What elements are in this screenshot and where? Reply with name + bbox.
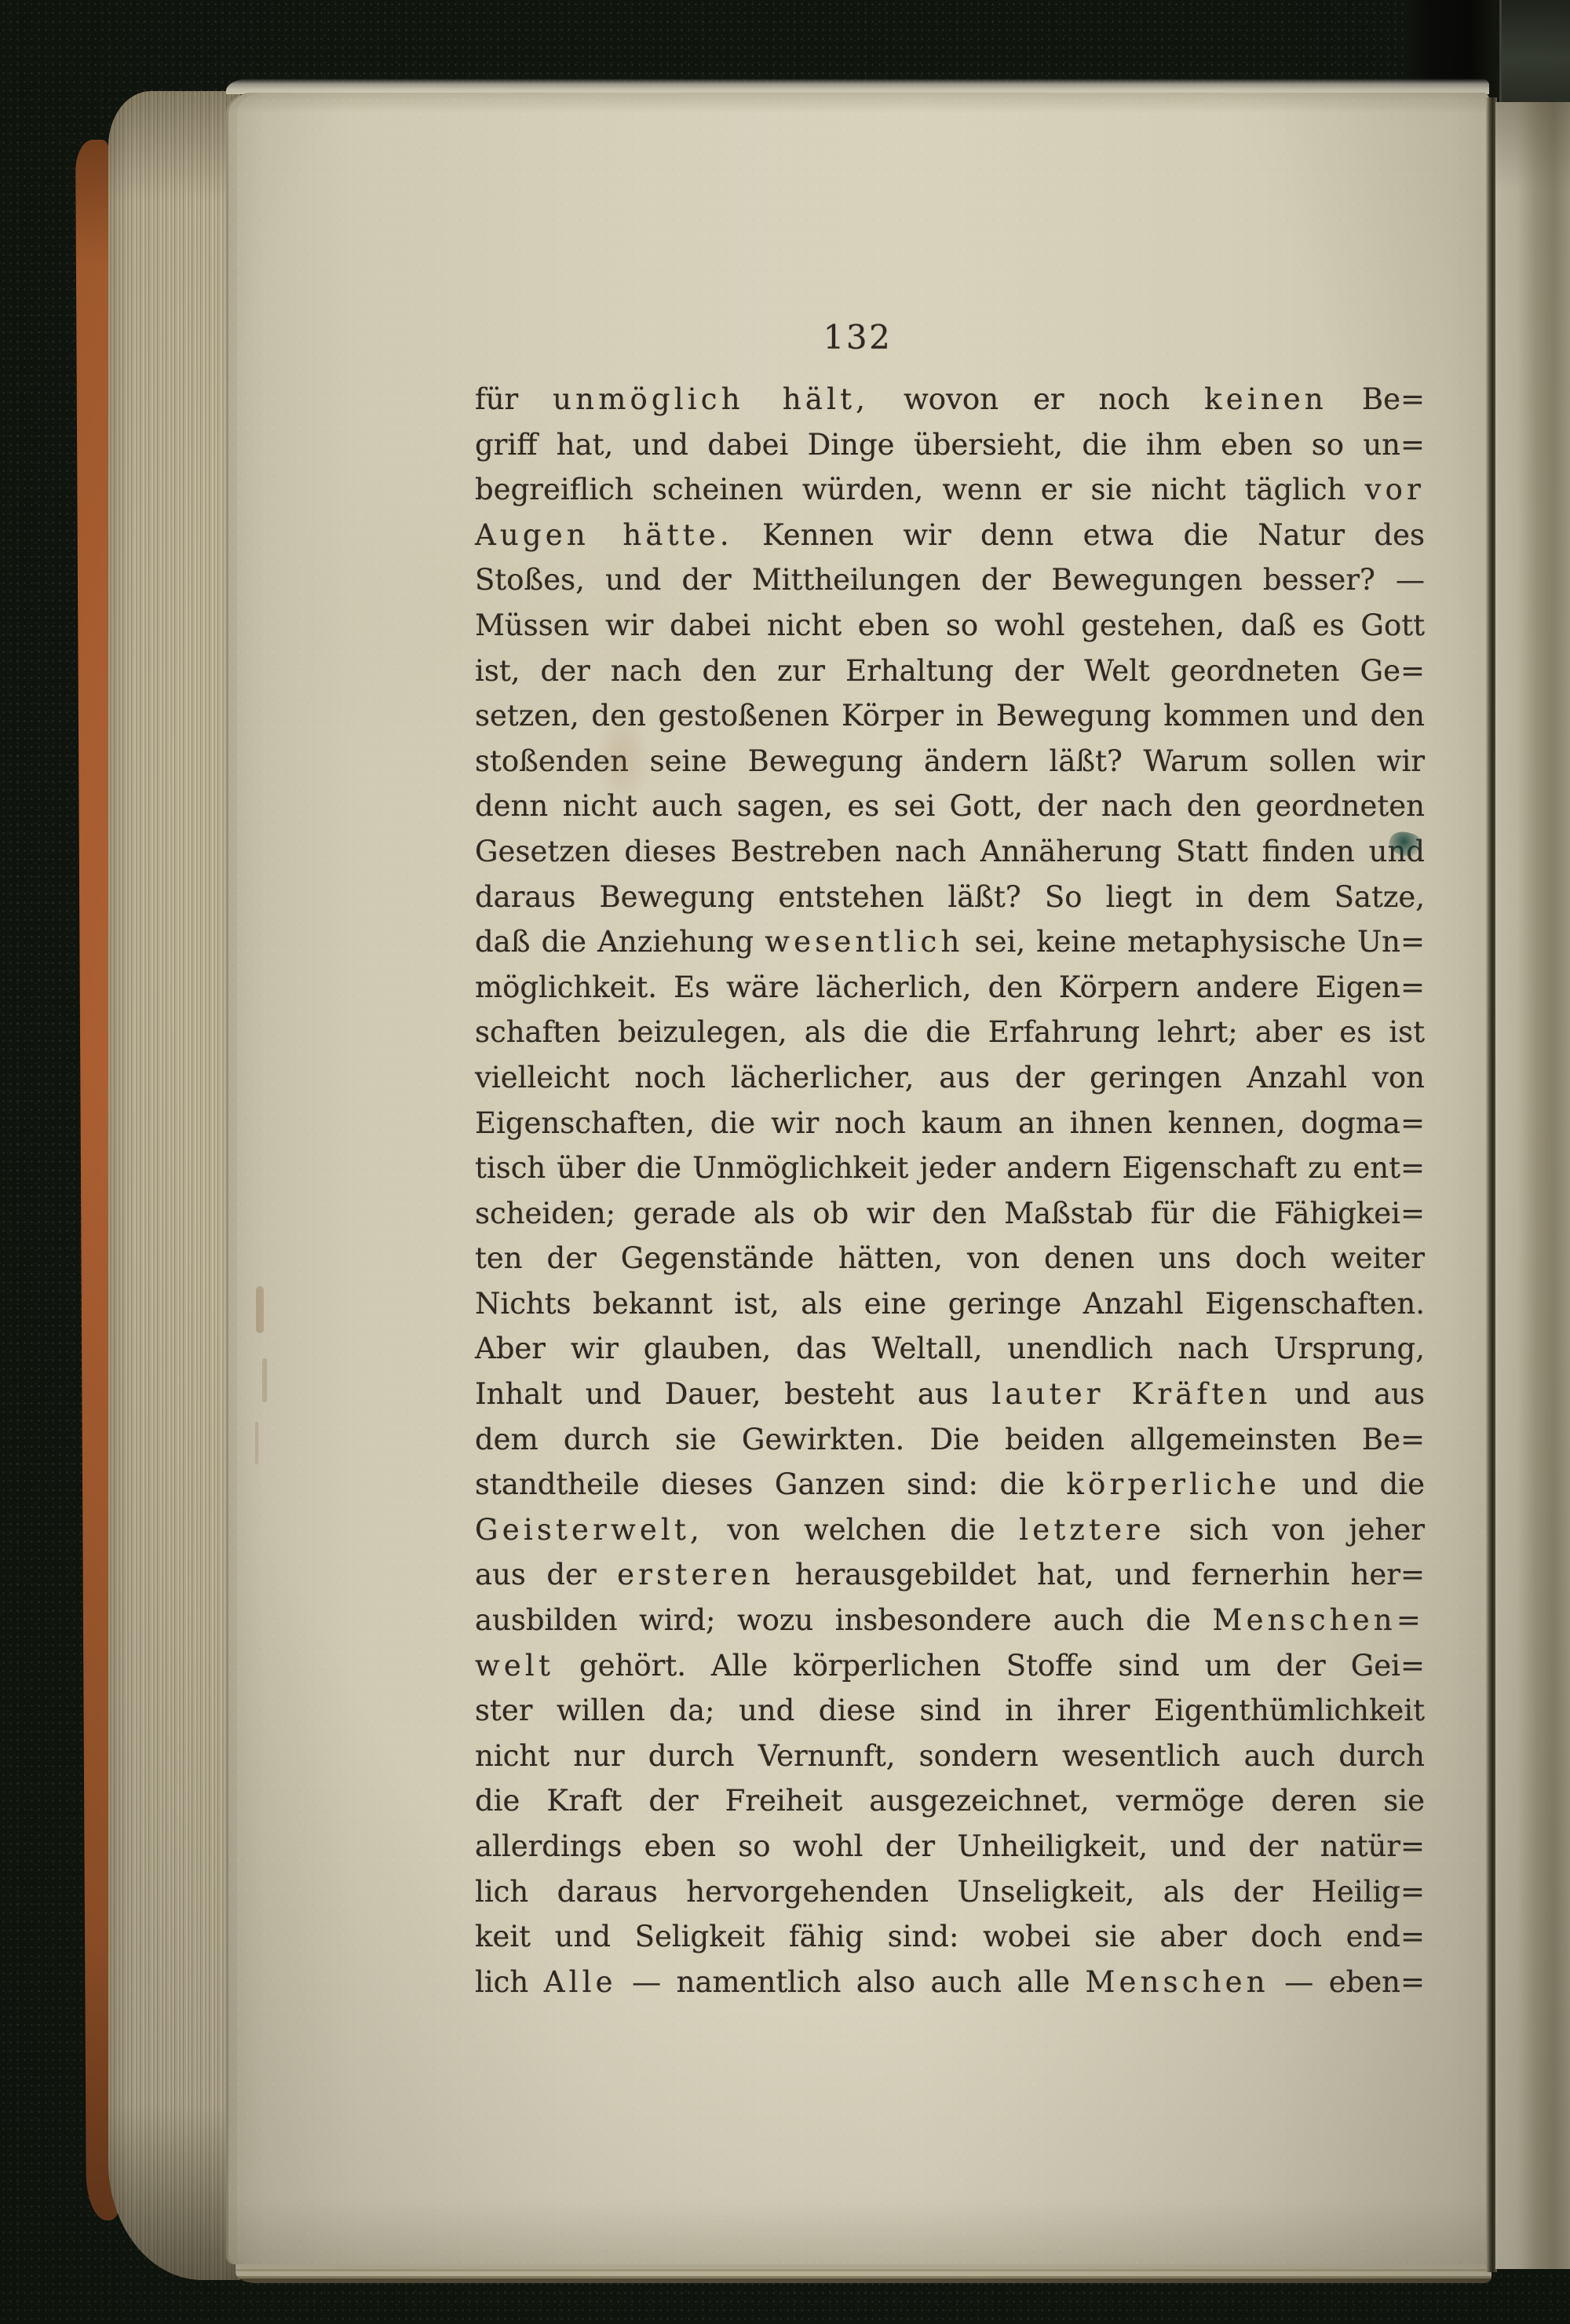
text-segment: allerdings eben so wohl der Unheiligkeit… — [475, 1829, 1425, 1863]
book-page: 132 für unmöglich hält, wovon er noch ke… — [226, 93, 1489, 2264]
text-segment: möglichkeit. Es wäre lächerlich, den Kör… — [475, 970, 1425, 1004]
spine-strip — [1499, 0, 1570, 105]
page-top-edge — [226, 79, 1489, 94]
text-segment: wovon er noch — [869, 382, 1204, 416]
page-stack-fore-edge — [108, 91, 240, 2280]
text-segment: Aber wir glauben, das Weltall, unendlich… — [475, 1332, 1425, 1365]
text-segment: Stoßes, und der Mittheilungen der Bewegu… — [475, 563, 1425, 597]
text-segment: daraus Bewegung entstehen läßt? So liegt… — [475, 880, 1425, 914]
emphasized-text: unmöglich hält, — [553, 382, 869, 416]
text-segment: für — [475, 382, 553, 416]
text-segment: scheiden; gerade als ob wir den Maßstab … — [475, 1197, 1425, 1230]
text-segment: keit und Seligkeit fähig sind: wobei sie… — [475, 1920, 1425, 1953]
text-line: lich Alle — namentlich also auch alle Me… — [475, 1960, 1425, 2005]
emphasized-text: wesentlich — [765, 925, 963, 959]
text-line: ster willen da; und diese sind in ihrer … — [475, 1688, 1425, 1734]
text-segment: ist, der nach den zur Erhaltung der Welt… — [475, 654, 1425, 688]
text-line: Eigenschaften, die wir noch kaum an ihne… — [475, 1101, 1425, 1146]
text-segment: von welchen die — [703, 1513, 1019, 1547]
text-segment: lich — [475, 1965, 544, 1999]
text-segment: ten der Gegenstände hätten, von denen un… — [475, 1241, 1425, 1275]
text-segment: Inhalt und Dauer, besteht aus — [475, 1377, 991, 1411]
text-line: für unmöglich hält, wovon er noch keinen… — [475, 377, 1425, 422]
text-segment: herausgebildet hat, und fernerhin her= — [774, 1558, 1425, 1591]
emphasized-text: Menschen= — [1213, 1603, 1426, 1637]
text-line: scheiden; gerade als ob wir den Maßstab … — [475, 1191, 1425, 1237]
text-segment: Kennen wir denn etwa die Natur des — [733, 518, 1425, 552]
emphasized-text: Geisterwelt, — [475, 1513, 703, 1547]
text-segment: lich daraus hervorgehenden Unseligkeit, … — [475, 1875, 1425, 1909]
text-line: allerdings eben so wohl der Unheiligkeit… — [475, 1824, 1425, 1869]
text-segment: Be= — [1327, 382, 1425, 416]
emphasized-text: welt — [475, 1649, 554, 1683]
text-segment: die Kraft der Freiheit ausgezeichnet, ve… — [475, 1784, 1425, 1818]
text-segment: gehört. Alle körperlichen Stoffe sind um… — [554, 1649, 1425, 1683]
body-text: für unmöglich hält, wovon er noch keinen… — [475, 377, 1425, 2004]
emphasized-text: lauter Kräften — [991, 1377, 1271, 1411]
text-line: Nichts bekannt ist, als eine geringe Anz… — [475, 1281, 1425, 1327]
text-segment: sei, keine metaphysische Un= — [963, 925, 1425, 959]
text-segment: Müssen wir dabei nicht eben so wohl gest… — [475, 608, 1425, 642]
emphasized-text: vor — [1365, 473, 1425, 506]
text-line: schaften beizulegen, als die die Erfahru… — [475, 1010, 1425, 1055]
emphasized-text: Alle — [544, 1965, 617, 1999]
text-segment: griff hat, und dabei Dinge übersieht, di… — [475, 428, 1425, 462]
text-line: dem durch sie Gewirkten. Die beiden allg… — [475, 1417, 1425, 1463]
text-line: ausbilden wird; wozu insbesondere auch d… — [475, 1598, 1425, 1643]
text-segment: standtheile dieses Ganzen sind: die — [475, 1467, 1066, 1501]
text-segment: tisch über die Unmöglichkeit jeder ander… — [475, 1151, 1425, 1185]
text-line: begreiflich scheinen würden, wenn er sie… — [475, 467, 1425, 513]
text-segment: Gesetzen dieses Bestreben nach Annäherun… — [475, 835, 1425, 868]
text-segment: dem durch sie Gewirkten. Die beiden allg… — [475, 1423, 1425, 1456]
facing-page-edge — [1495, 102, 1570, 2269]
text-segment: aus der — [475, 1558, 617, 1591]
text-line: aus der ersteren herausgebildet hat, und… — [475, 1552, 1425, 1598]
text-line: tisch über die Unmöglichkeit jeder ander… — [475, 1146, 1425, 1191]
text-line: daß die Anziehung wesentlich sei, keine … — [475, 919, 1425, 965]
text-line: Inhalt und Dauer, besteht aus lauter Krä… — [475, 1372, 1425, 1417]
emphasized-text: keinen — [1204, 382, 1327, 416]
text-line: daraus Bewegung entstehen läßt? So liegt… — [475, 875, 1425, 920]
text-segment: nicht nur durch Vernunft, sondern wesent… — [475, 1739, 1425, 1773]
page-number: 132 — [226, 318, 1489, 356]
text-line: die Kraft der Freiheit ausgezeichnet, ve… — [475, 1778, 1425, 1824]
emphasized-text: Augen hätte. — [475, 518, 733, 552]
emphasized-text: ersteren — [617, 1558, 774, 1591]
text-line: griff hat, und dabei Dinge übersieht, di… — [475, 422, 1425, 468]
text-line: Gesetzen dieses Bestreben nach Annäherun… — [475, 829, 1425, 875]
text-line: ten der Gegenstände hätten, von denen un… — [475, 1236, 1425, 1281]
paper-stain — [595, 721, 650, 807]
page-bottom-edge — [235, 2264, 1491, 2283]
emphasized-text: körperliche — [1066, 1467, 1280, 1501]
text-line: möglichkeit. Es wäre lächerlich, den Kör… — [475, 965, 1425, 1010]
book-photo: 132 für unmöglich hält, wovon er noch ke… — [0, 0, 1570, 2324]
text-line: vielleicht noch lächerlicher, aus der ge… — [475, 1055, 1425, 1101]
text-line: Müssen wir dabei nicht eben so wohl gest… — [475, 603, 1425, 649]
emphasized-text: letztere — [1019, 1513, 1165, 1547]
text-segment: vielleicht noch lächerlicher, aus der ge… — [475, 1061, 1425, 1094]
text-line: Aber wir glauben, das Weltall, unendlich… — [475, 1326, 1425, 1372]
text-line: standtheile dieses Ganzen sind: die körp… — [475, 1462, 1425, 1507]
text-line: ist, der nach den zur Erhaltung der Welt… — [475, 649, 1425, 694]
margin-marks — [256, 1286, 264, 1333]
text-segment: — namentlich also auch alle — [617, 1965, 1086, 1999]
text-segment: — eben= — [1269, 1965, 1425, 1999]
text-segment: und die — [1280, 1467, 1425, 1501]
text-segment: sich von jeher — [1165, 1513, 1425, 1547]
text-segment: ster willen da; und diese sind in ihrer … — [475, 1694, 1425, 1727]
text-segment: Nichts bekannt ist, als eine geringe Anz… — [475, 1287, 1425, 1321]
text-segment: ausbilden wird; wozu insbesondere auch d… — [475, 1603, 1213, 1637]
text-segment: und aus — [1271, 1377, 1425, 1411]
text-segment: begreiflich scheinen würden, wenn er sie… — [475, 473, 1365, 506]
text-line: Stoßes, und der Mittheilungen der Bewegu… — [475, 557, 1425, 603]
text-line: Augen hätte. Kennen wir denn etwa die Na… — [475, 513, 1425, 558]
text-line: lich daraus hervorgehenden Unseligkeit, … — [475, 1869, 1425, 1915]
text-line: welt gehört. Alle körperlichen Stoffe si… — [475, 1643, 1425, 1689]
text-line: Geisterwelt, von welchen die letztere si… — [475, 1507, 1425, 1553]
text-line: nicht nur durch Vernunft, sondern wesent… — [475, 1734, 1425, 1779]
text-segment: Eigenschaften, die wir noch kaum an ihne… — [475, 1106, 1425, 1140]
emphasized-text: Menschen — [1085, 1965, 1269, 1999]
text-segment: daß die Anziehung — [475, 925, 765, 959]
text-segment: schaften beizulegen, als die die Erfahru… — [475, 1015, 1425, 1049]
text-line: keit und Seligkeit fähig sind: wobei sie… — [475, 1914, 1425, 1960]
